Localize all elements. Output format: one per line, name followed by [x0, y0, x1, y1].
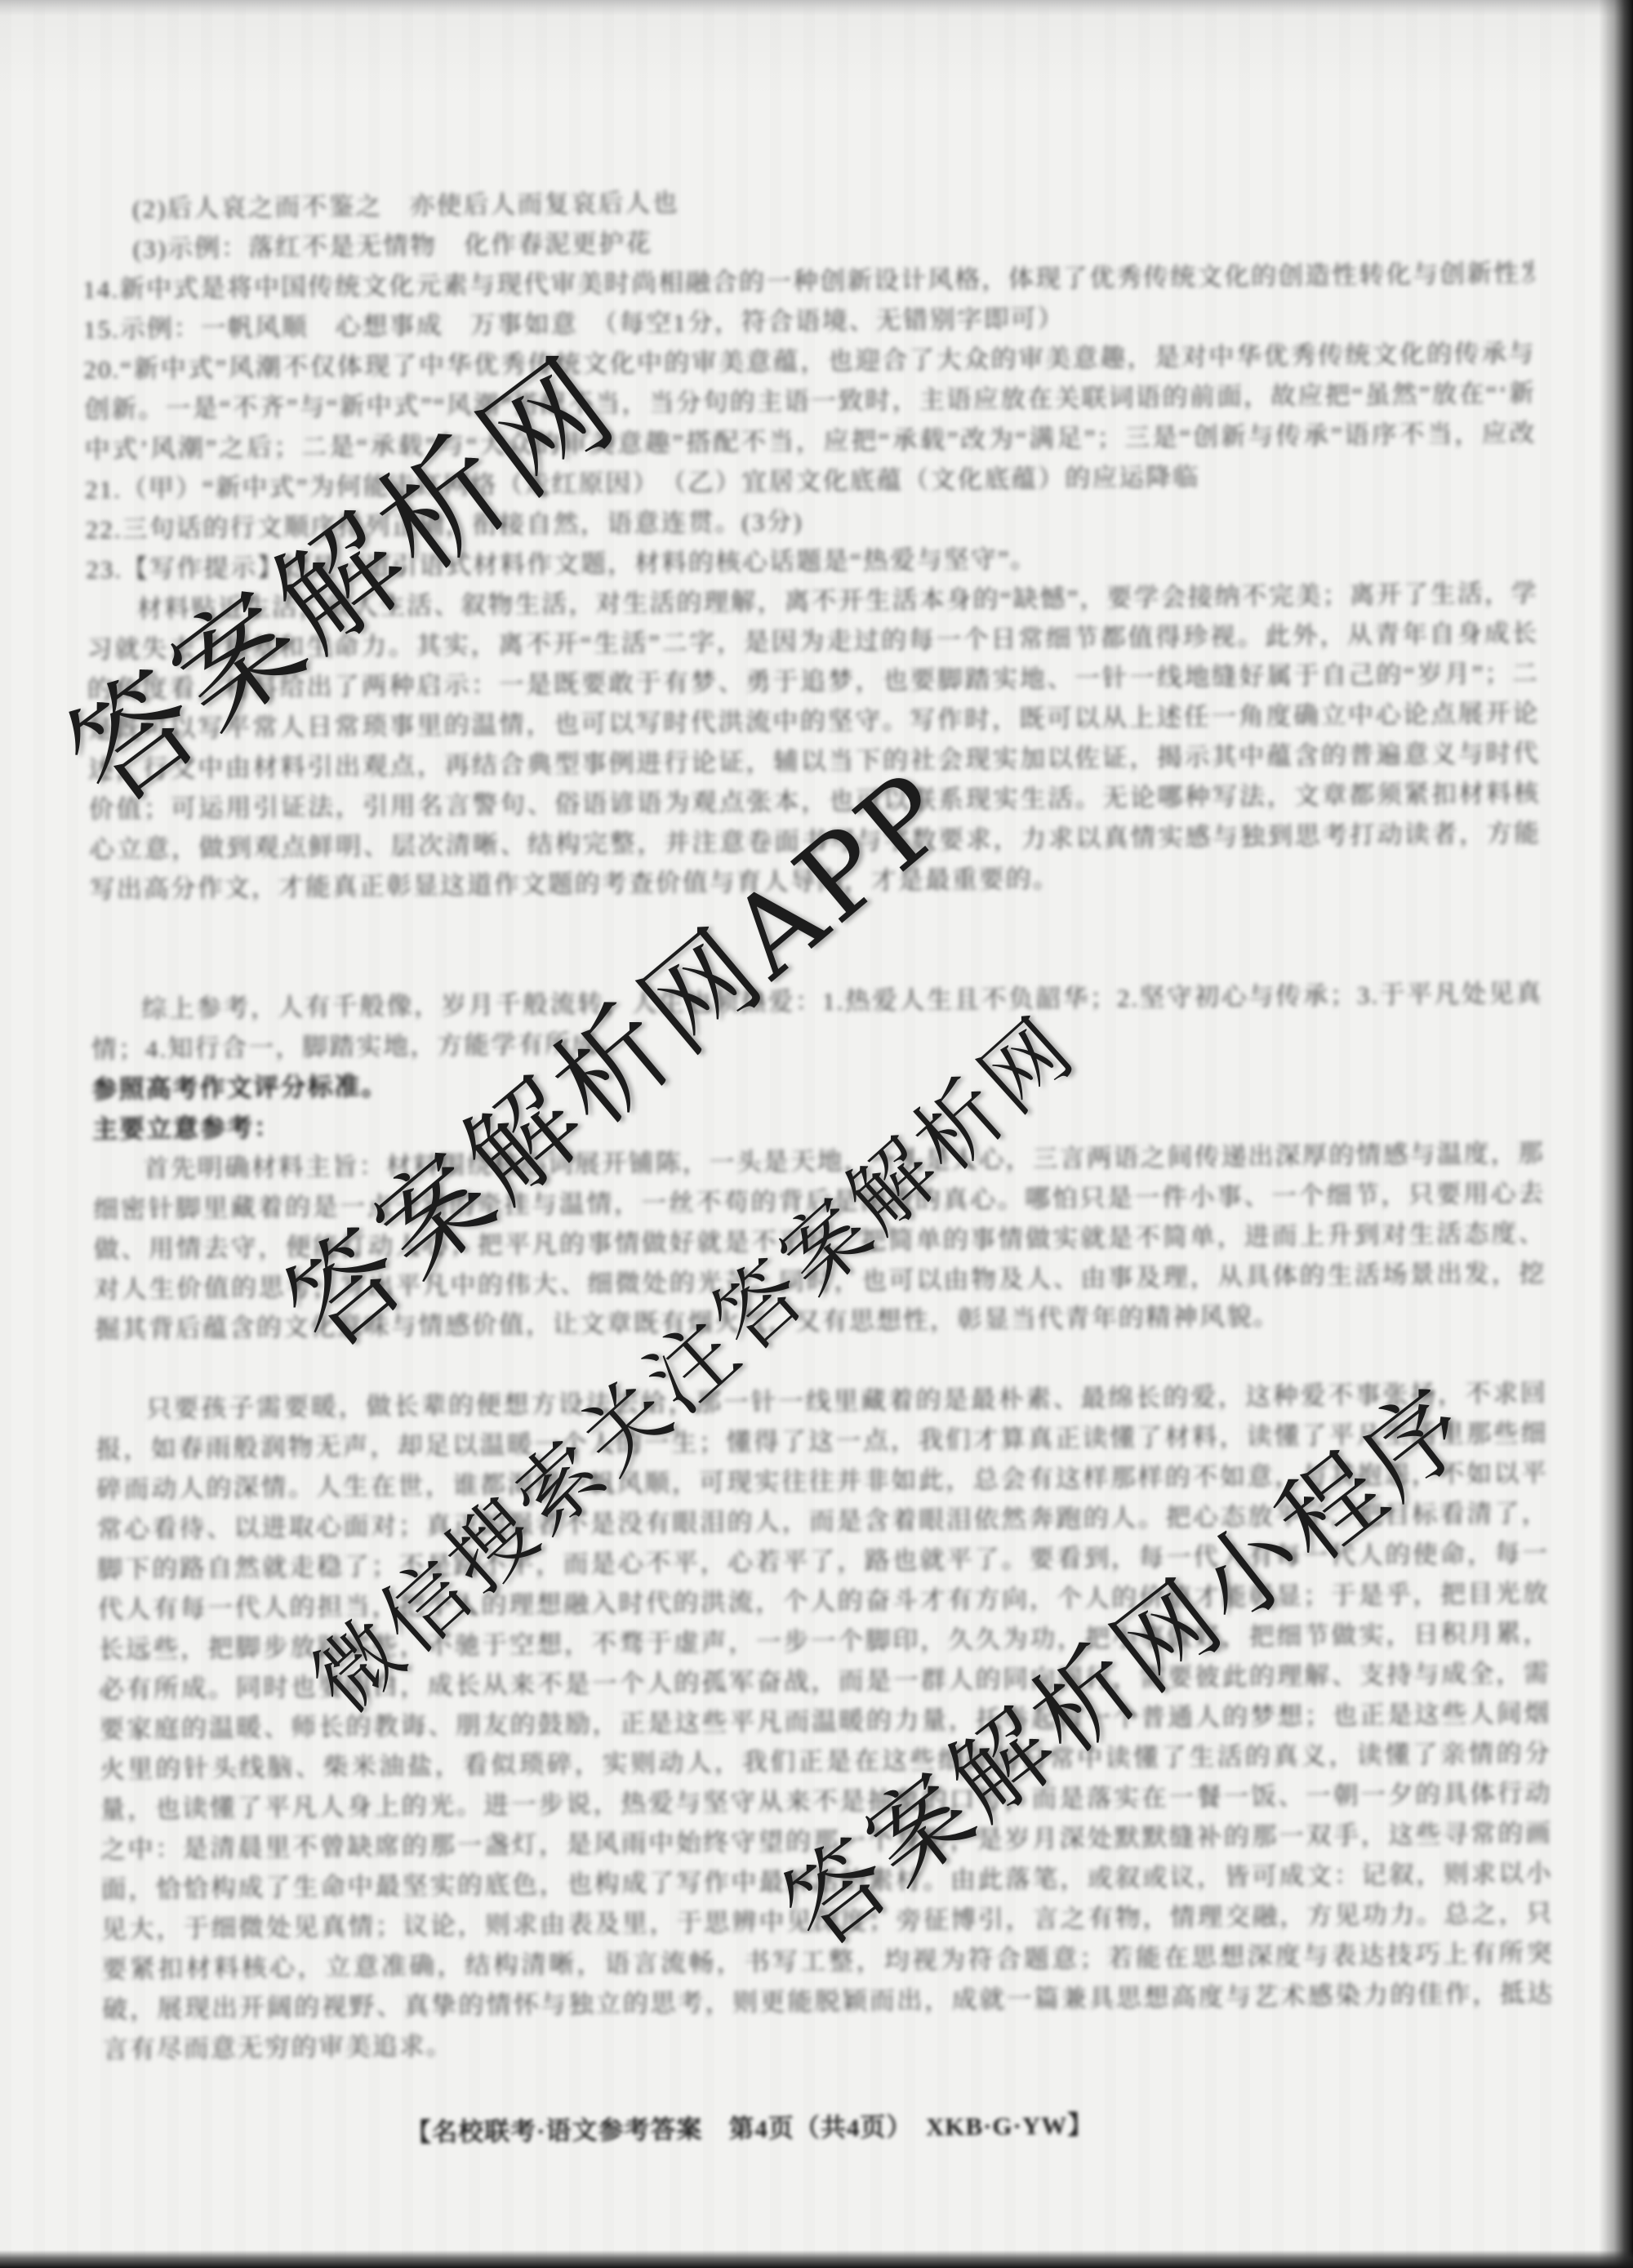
scanned-exam-answer-page: { "page": { "kind": "blurred scanned pag…: [0, 0, 1633, 2268]
scan-right-edge-shadow: [1599, 0, 1633, 2268]
page-footer: 【名校联考·语文参考答案 第4页（共4页） XKB·G·YW】: [406, 2104, 1094, 2149]
scan-bottom-edge-shadow: [0, 2250, 1633, 2268]
scan-top-edge-shadow: [0, 0, 1633, 16]
answer-key-text-block: (2)后人哀之而不鉴之 亦使后人而复哀后人也 (3)示例：落红不是无情物 化作春…: [82, 173, 1555, 2070]
answer-text-20: 20.“新中式”风潮不仅体现了中华优秀传统文化中的审美意蕴，也迎合了大众的审美意…: [83, 333, 1537, 469]
answer-block-20: 20.“新中式”风潮不仅体现了中华优秀传统文化中的审美意蕴，也迎合了大众的审美意…: [83, 333, 1537, 469]
